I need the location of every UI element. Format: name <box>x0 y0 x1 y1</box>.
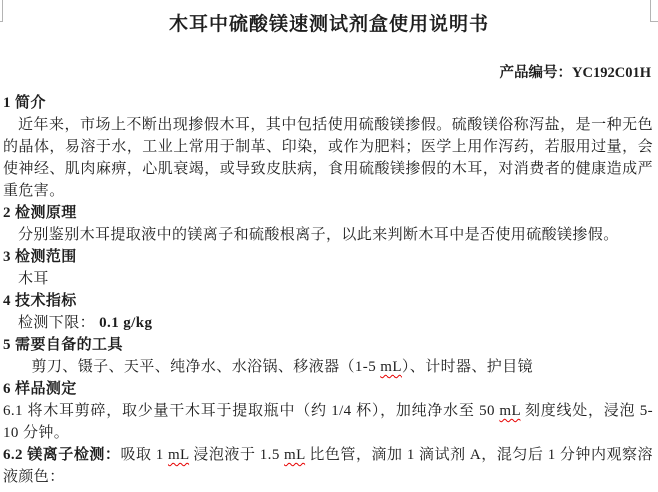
text-segment: 6.2 镁离子检测： <box>3 447 120 463</box>
text-segment: 1 简介 <box>3 95 46 111</box>
text-segment: 剪刀、镊子、天平、纯净水、水浴锅、移液器（1-5 <box>32 359 381 375</box>
section-6-heading: 6 样品测定 <box>3 378 653 400</box>
spellcheck-underlined-text: mL <box>380 359 402 375</box>
text-segment: 5 需要自备的工具 <box>3 337 123 353</box>
text-segment: 4 技术指标 <box>3 293 77 309</box>
text-segment: 0.1 g/kg <box>99 315 152 331</box>
spellcheck-underlined-text: mL <box>499 403 520 419</box>
spellcheck-underlined-text: mL <box>168 447 189 463</box>
section-5-paragraph: 剪刀、镊子、天平、纯净水、水浴锅、移液器（1-5 mL）、计时器、护目镜 <box>3 356 653 378</box>
section-4-heading: 4 技术指标 <box>3 290 653 312</box>
step-6-2-paragraph: 6.2 镁离子检测：吸取 1 mL 浸泡液于 1.5 mL 比色管，滴加 1 滴… <box>3 444 653 488</box>
text-segment: 浸泡液于 1.5 <box>189 447 284 463</box>
section-2-heading: 2 检测原理 <box>3 202 653 224</box>
text-boundary-mark-top-right-vertical <box>650 0 651 21</box>
text-segment: 吸取 1 <box>120 447 168 463</box>
text-segment: 近年来，市场上不断出现掺假木耳，其中包括使用硫酸镁掺假。硫酸镁俗称泻盐，是一种无… <box>3 117 653 199</box>
text-boundary-mark-top-right-horizontal <box>650 21 658 22</box>
product-code: 产品编号：YC192C01H <box>0 63 651 83</box>
section-1-paragraph: 近年来，市场上不断出现掺假木耳，其中包括使用硫酸镁掺假。硫酸镁俗称泻盐，是一种无… <box>3 114 653 202</box>
text-segment: ）、计时器、护目镜 <box>402 359 533 375</box>
document-blocks: 1 简介近年来，市场上不断出现掺假木耳，其中包括使用硫酸镁掺假。硫酸镁俗称泻盐，… <box>3 92 653 488</box>
text-segment: 6 样品测定 <box>3 381 77 397</box>
section-1-heading: 1 简介 <box>3 92 653 114</box>
section-2-paragraph: 分别鉴别木耳提取液中的镁离子和硫酸根离子，以此来判断木耳中是否使用硫酸镁掺假。 <box>3 224 653 246</box>
text-boundary-mark-top-left-vertical <box>2 0 3 21</box>
text-segment: 6.1 将木耳剪碎，取少量干木耳于提取瓶中（约 1/4 杯），加纯净水至 50 <box>3 403 499 419</box>
text-segment: 2 检测原理 <box>3 205 77 221</box>
text-segment: 检测下限： <box>18 315 99 331</box>
text-segment: 分别鉴别木耳提取液中的镁离子和硫酸根离子，以此来判断木耳中是否使用硫酸镁掺假。 <box>18 227 619 243</box>
text-boundary-mark-top-left-horizontal <box>0 21 3 22</box>
text-segment: 木耳 <box>18 271 49 287</box>
spellcheck-underlined-text: mL <box>284 447 305 463</box>
text-segment: 3 检测范围 <box>3 249 77 265</box>
document-title: 木耳中硫酸镁速测试剂盒使用说明书 <box>0 12 658 38</box>
document-page: 木耳中硫酸镁速测试剂盒使用说明书 产品编号：YC192C01H 1 简介近年来，… <box>0 0 658 492</box>
section-5-heading: 5 需要自备的工具 <box>3 334 653 356</box>
section-3-heading: 3 检测范围 <box>3 246 653 268</box>
section-4-paragraph: 检测下限： 0.1 g/kg <box>3 312 653 334</box>
section-3-paragraph: 木耳 <box>3 268 653 290</box>
step-6-1-paragraph: 6.1 将木耳剪碎，取少量干木耳于提取瓶中（约 1/4 杯），加纯净水至 50 … <box>3 400 653 444</box>
